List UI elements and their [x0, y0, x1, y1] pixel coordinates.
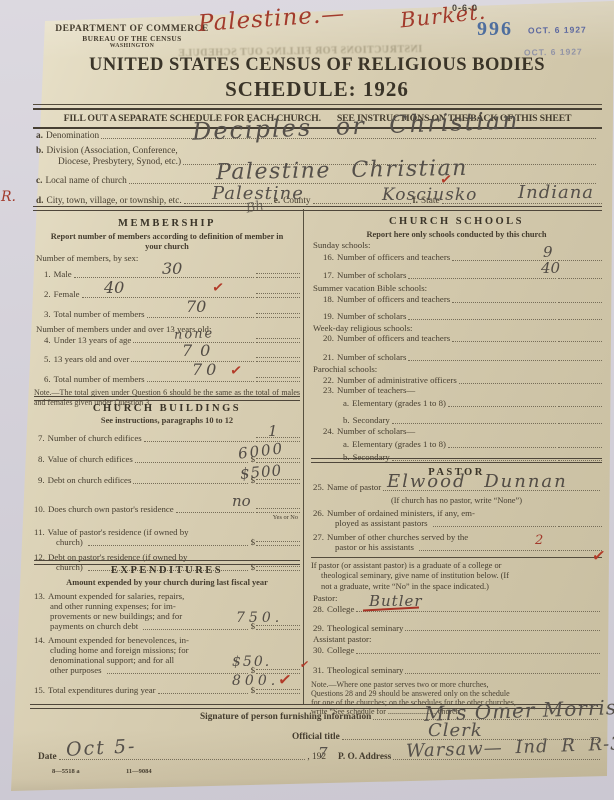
- q28-number: 28.: [311, 605, 327, 615]
- signature-label: Signature of person furnishing informati…: [200, 712, 371, 722]
- q16-number: 16.: [311, 253, 337, 263]
- q25-note-row: (If church has no pastor, write “None”): [311, 495, 602, 505]
- question-20-row: 20. Number of officers and teachers: [311, 334, 602, 344]
- buildings-heading: CHURCH BUILDINGS: [34, 403, 300, 415]
- question-31-row: 31. Theological seminary: [311, 666, 602, 676]
- schools-subheading: Report here only schools conducted by th…: [311, 230, 602, 240]
- q31-number: 31.: [311, 666, 327, 676]
- field-a-label: Denomination: [46, 131, 99, 141]
- question-24-row: 24. Number of scholars—: [311, 427, 602, 437]
- expenditures-section: EXPENDITURES Amount expended by your chu…: [34, 565, 300, 696]
- q6-number: 6.: [34, 375, 54, 385]
- question-19-row: 19. Number of scholars: [311, 312, 602, 322]
- graduate-paragraph: If pastor (or assistant pastor) is a gra…: [311, 561, 602, 592]
- question-5-row: 5. 13 years old and over 70: [34, 354, 300, 364]
- q18-label: Number of officers and teachers: [337, 295, 450, 305]
- dotted-leader: [176, 512, 254, 513]
- q14-number: 14.: [34, 636, 48, 646]
- scanned-census-form: DEPARTMENT OF COMMERCE BUREAU OF THE CEN…: [0, 0, 614, 800]
- yes-or-no-hint: Yes or No: [273, 515, 298, 522]
- field-b-num: b.: [36, 146, 47, 156]
- dotted-leader: [408, 319, 556, 320]
- buildings-section: CHURCH BUILDINGS See instructions, parag…: [34, 403, 300, 573]
- field-d-label: City, town, village, or township, etc.: [47, 196, 182, 206]
- question-3-row: 3. Total number of members 70: [34, 310, 300, 320]
- q5-value: 70: [182, 342, 218, 360]
- q13-label-4: payments on church debt: [34, 622, 141, 632]
- question-23-row: 23. Number of teachers—: [311, 386, 602, 396]
- answer-blank: [558, 260, 602, 261]
- q2-value: 40: [104, 279, 124, 297]
- q9-label: Debt on church edifices: [48, 476, 132, 486]
- po-address-label: P. O. Address: [338, 752, 391, 762]
- answer-blank: [256, 361, 300, 362]
- answer-blank: [256, 512, 300, 513]
- question-11-row-line2: church) $: [34, 538, 300, 548]
- q25-note: (If church has no pastor, write “None”): [391, 496, 522, 505]
- field-b-label-2: Diocese, Presbytery, Synod, etc.): [58, 157, 181, 167]
- q30-label: College: [327, 646, 354, 656]
- question-1-row: 1. Male 30: [34, 270, 300, 280]
- dotted-leader: [82, 297, 254, 298]
- dotted-leader: [88, 545, 248, 546]
- pastor-section: PASTOR 25. Name of pastor Elwood Dunnan …: [311, 467, 602, 717]
- q26-number: 26.: [311, 509, 327, 519]
- q13-value: 750.: [236, 611, 283, 626]
- q1-value: 30: [162, 260, 182, 278]
- dotted-leader: [135, 462, 248, 463]
- field-c-num: c.: [36, 176, 45, 186]
- county-value: Kosciusko: [382, 185, 477, 205]
- question-9-row: 9. Debt on church edifices $ $500: [34, 476, 300, 486]
- q4-number: 4.: [34, 336, 54, 346]
- membership-group-age: Number of members under and over 13 year…: [34, 325, 300, 335]
- q9-number: 9.: [34, 476, 48, 486]
- schools-group-weekday: Week-day religious schools:: [311, 324, 602, 334]
- answer-blank: [558, 423, 602, 424]
- q25-number: 25.: [311, 483, 327, 493]
- pastor-note-line1: Note.—Where one pastor serves two or mor…: [311, 680, 602, 689]
- q9-value: $500: [239, 462, 282, 482]
- form-number-2: 11—9084: [126, 768, 152, 775]
- q24-label: Number of scholars—: [337, 427, 415, 437]
- schools-heading: CHURCH SCHOOLS: [311, 216, 602, 228]
- q2-number: 2.: [34, 290, 54, 300]
- rule-above-expenditures: [34, 560, 300, 565]
- graduate-para-line3: not a graduate, write “No” in the space …: [311, 582, 602, 592]
- field-row-division-1: b. Division (Association, Conference,: [36, 146, 178, 156]
- answer-blank: [558, 319, 602, 320]
- q7-number: 7.: [34, 434, 48, 444]
- date-value: Oct 5-: [65, 735, 136, 761]
- q17-value: 40: [541, 260, 560, 277]
- q16-label: Number of officers and teachers: [337, 253, 450, 263]
- column-divider: [303, 209, 304, 705]
- dotted-leader: [392, 423, 556, 424]
- q23a-letter: a.: [311, 399, 352, 409]
- field-b-label-1: Division (Association, Conference,: [47, 146, 178, 156]
- q26-label-2: ployed as assistant pastors: [311, 519, 431, 529]
- question-18-row: 18. Number of officers and teachers: [311, 295, 602, 305]
- q23-label: Number of teachers—: [337, 386, 415, 396]
- q6-value: 70: [192, 361, 220, 379]
- q13-number: 13.: [34, 592, 48, 602]
- red-check-margin-right: ✓: [591, 545, 607, 567]
- red-check-note-left: ✓: [299, 657, 310, 671]
- state-value: Indiana: [518, 182, 594, 203]
- membership-section: MEMBERSHIP Report number of members acco…: [34, 218, 300, 408]
- graduate-para-line2: theological seminary, give name of insti…: [311, 571, 602, 581]
- q27-value: 2: [535, 534, 543, 548]
- answer-blank: [256, 317, 300, 318]
- rule-columns-top: [33, 206, 602, 211]
- q20-label: Number of officers and teachers: [337, 334, 450, 344]
- agency-line-2: BUREAU OF THE CENSUS: [52, 34, 212, 43]
- schools-group-parochial: Parochial schools:: [311, 365, 602, 375]
- answer-blank: [256, 277, 300, 278]
- date-stamp-1: OCT. 6 1927: [528, 24, 587, 35]
- red-check-q6: ✓: [229, 364, 243, 381]
- expenditures-subheading: Amount expended by your church during la…: [34, 578, 300, 588]
- pencil-scribble: Bh: [245, 198, 266, 216]
- question-15-row: 15. Total expenditures during year $ 800…: [34, 686, 300, 696]
- question-29-row: 29. Theological seminary: [311, 623, 602, 633]
- q29-label: Theological seminary: [327, 624, 403, 634]
- schools-group-sunday: Sunday schools:: [311, 241, 602, 251]
- dotted-leader: [147, 381, 254, 382]
- q21-number: 21.: [311, 353, 337, 363]
- q5-number: 5.: [34, 355, 54, 365]
- dotted-leader: [448, 447, 556, 448]
- answer-blank: [558, 302, 602, 303]
- q17-label: Number of scholars: [337, 271, 406, 281]
- q7-label: Number of church edifices: [48, 434, 142, 444]
- rule-above-pastor: [311, 458, 602, 463]
- number-stamp: 996: [477, 18, 513, 41]
- question-23b-row: b. Secondary: [311, 416, 602, 426]
- date-year-digit: 7: [318, 744, 328, 762]
- agency-line-1: DEPARTMENT OF COMMERCE: [52, 24, 212, 34]
- answer-blank: [558, 383, 602, 384]
- form-subtitle: SCHEDULE: 1926: [40, 77, 594, 102]
- q3-value: 70: [186, 298, 206, 316]
- q8-label: Value of church edifices: [48, 455, 133, 465]
- form-title: UNITED STATES CENSUS OF RELIGIOUS BODIES: [40, 55, 594, 76]
- dotted-leader: [144, 441, 254, 442]
- q31-label: Theological seminary: [327, 666, 403, 676]
- dotted-leader: [356, 653, 600, 654]
- q11-label-2: church): [34, 538, 86, 548]
- answer-blank: [256, 693, 300, 694]
- q8-number: 8.: [34, 455, 48, 465]
- question-4-row: 4. Under 13 years of age none: [34, 335, 300, 345]
- q25-value: Elwood Dunnan: [387, 472, 568, 492]
- dotted-leader: [408, 278, 556, 279]
- question-10-row: 10. Does church own pastor's residence n…: [34, 505, 300, 515]
- q1-label: Male: [54, 270, 72, 280]
- q14-label-4: other purposes: [34, 666, 105, 676]
- pastor-label: Pastor:: [311, 594, 602, 604]
- q17-number: 17.: [311, 271, 337, 281]
- q30-number: 30.: [311, 646, 327, 656]
- field-d-num: d.: [36, 196, 47, 206]
- dotted-leader: [356, 611, 600, 612]
- q10-number: 10.: [34, 505, 48, 515]
- dotted-leader: [107, 673, 248, 674]
- dotted-leader: [419, 550, 556, 551]
- rule-above-banner: [33, 104, 602, 105]
- red-check-q15: ✓: [277, 671, 293, 690]
- question-24a-row: a. Elementary (grades 1 to 8): [311, 440, 602, 450]
- question-6-row: 6. Total number of members 70 ✓: [34, 374, 300, 384]
- q15-number: 15.: [34, 686, 48, 696]
- red-annotation-palestine: Palestine.—: [197, 1, 346, 37]
- agency-block: DEPARTMENT OF COMMERCE BUREAU OF THE CEN…: [52, 24, 212, 49]
- graduate-para-line1: If pastor (or assistant pastor) is a gra…: [311, 561, 602, 571]
- answer-blank: [256, 483, 300, 484]
- q1-number: 1.: [34, 270, 54, 280]
- q24a-label: Elementary (grades 1 to 8): [352, 440, 446, 450]
- q3-number: 3.: [34, 310, 54, 320]
- question-27-line2: pastor or his assistants 2: [311, 543, 602, 553]
- q27-number: 27.: [311, 533, 327, 543]
- expenditures-heading: EXPENDITURES: [34, 565, 300, 577]
- red-check-county: ✓: [439, 171, 453, 189]
- answer-blank: [256, 629, 300, 630]
- answer-blank: [558, 406, 602, 407]
- q23b-letter: b.: [311, 416, 353, 426]
- dotted-leader: [158, 693, 248, 694]
- dotted-leader: [133, 483, 247, 484]
- question-26-line2: ployed as assistant pastors: [311, 519, 602, 529]
- q7-value: 1: [268, 423, 278, 440]
- pencil-code: 0-6-0: [452, 3, 478, 13]
- schools-group-summer: Summer vacation Bible schools:: [311, 284, 602, 294]
- q14-value: $50.: [232, 655, 271, 670]
- q5-label: 13 years old and over: [54, 355, 130, 365]
- answer-blank: [558, 360, 602, 361]
- official-title-label: Official title: [292, 732, 340, 742]
- answer-blank: [558, 526, 602, 527]
- q6-label: Total number of members: [54, 375, 145, 385]
- answer-blank: [256, 545, 300, 546]
- buildings-subheading: See instructions, paragraphs 10 to 12: [34, 416, 300, 426]
- membership-subheading: Report number of members according to de…: [48, 232, 286, 251]
- membership-heading: MEMBERSHIP: [34, 218, 300, 230]
- q29-number: 29.: [311, 624, 327, 634]
- question-30-row: 30. College: [311, 646, 602, 656]
- q27-label-2: pastor or his assistants: [311, 543, 417, 553]
- q15-label: Total expenditures during year: [48, 686, 156, 696]
- q20-number: 20.: [311, 334, 337, 344]
- q25-label: Name of pastor: [327, 483, 381, 493]
- question-2-row: 2. Female 40 ✓: [34, 290, 300, 300]
- dotted-leader: [408, 360, 556, 361]
- question-23a-row: a. Elementary (grades 1 to 8): [311, 399, 602, 409]
- field-a-num: a.: [36, 131, 46, 141]
- rule-above-buildings: [34, 396, 300, 401]
- question-28-row: 28. College Butler: [311, 604, 602, 614]
- church-name-value: Palestine Christian: [216, 156, 468, 185]
- dotted-leader: [147, 317, 254, 318]
- q23-number: 23.: [311, 386, 337, 396]
- dotted-leader: [405, 673, 600, 674]
- q24-number: 24.: [311, 427, 337, 437]
- q21-label: Number of scholars: [337, 353, 406, 363]
- answer-blank: [256, 381, 300, 382]
- q2-label: Female: [54, 290, 80, 300]
- form-number-1: 8—5518 a: [52, 768, 80, 775]
- dotted-leader: [448, 406, 556, 407]
- schools-section: CHURCH SCHOOLS Report here only schools …: [311, 216, 602, 463]
- dotted-leader: [459, 383, 556, 384]
- question-21-row: 21. Number of scholars: [311, 353, 602, 363]
- dotted-leader: [452, 341, 556, 342]
- assistant-pastor-label: Assistant pastor:: [311, 635, 602, 645]
- q19-label: Number of scholars: [337, 312, 406, 322]
- q24a-letter: a.: [311, 440, 352, 450]
- answer-blank: [256, 297, 300, 298]
- field-c-label: Local name of church: [45, 176, 126, 186]
- q23b-label: Secondary: [353, 416, 390, 426]
- q11-number: 11.: [34, 528, 48, 538]
- question-13-line4: payments on church debt $ 750.: [34, 622, 300, 632]
- answer-blank: [558, 341, 602, 342]
- q23a-label: Elementary (grades 1 to 8): [352, 399, 446, 409]
- q18-number: 18.: [311, 295, 337, 305]
- q10-label: Does church own pastor's residence: [48, 505, 174, 515]
- q3-label: Total number of members: [54, 310, 145, 320]
- q19-number: 19.: [311, 312, 337, 322]
- rule-above-graduate-para: [311, 557, 602, 558]
- dotted-leader: [433, 526, 556, 527]
- question-17-row: 17. Number of scholars 40: [311, 271, 602, 281]
- dotted-leader: [452, 302, 556, 303]
- dollar-sign: $: [250, 538, 256, 548]
- q10-value: no: [232, 493, 251, 510]
- date-label: Date: [38, 752, 57, 762]
- answer-blank: [256, 342, 300, 343]
- question-25-row: 25. Name of pastor Elwood Dunnan: [311, 483, 602, 493]
- q15-value: 800.: [232, 674, 279, 689]
- red-check-q2: ✓: [211, 280, 225, 297]
- dotted-leader: [405, 630, 600, 631]
- answer-blank: [558, 447, 602, 448]
- q4-label: Under 13 years of age: [54, 336, 132, 346]
- dotted-leader: [143, 629, 247, 630]
- red-margin-mark: R.: [1, 189, 16, 205]
- q28-label: College: [327, 605, 354, 615]
- answer-blank: [558, 278, 602, 279]
